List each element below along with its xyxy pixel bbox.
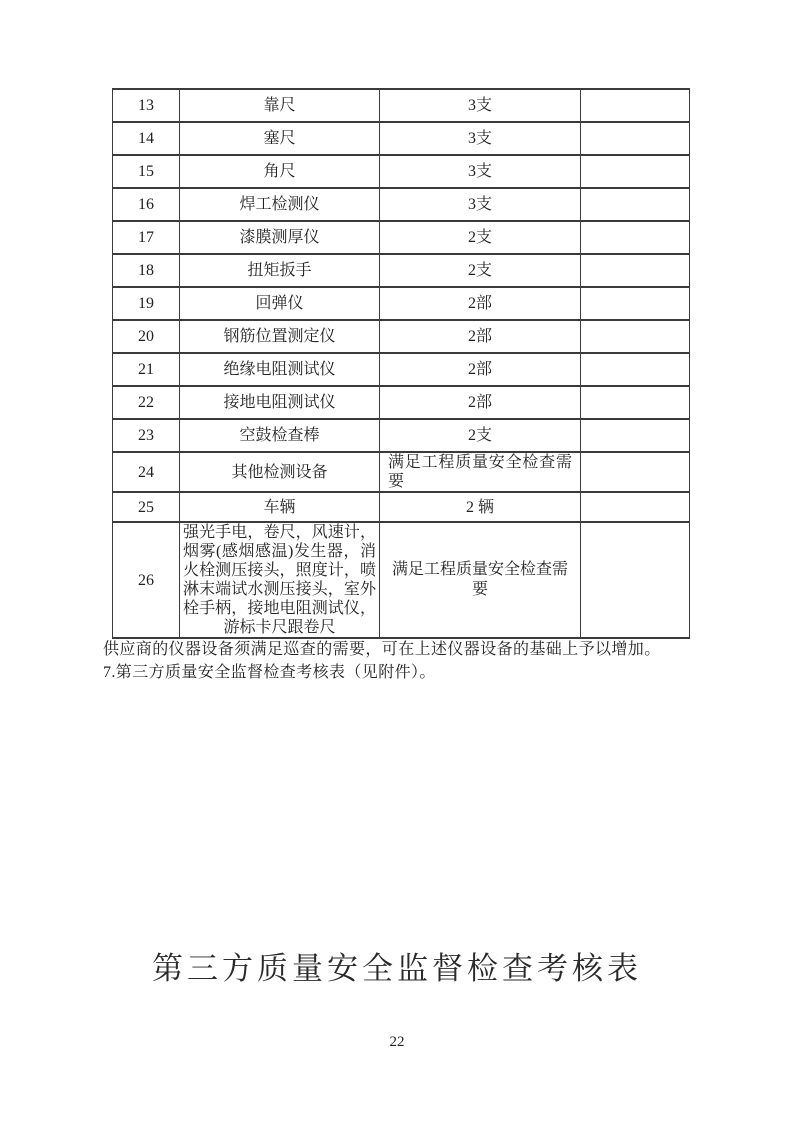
cell-quantity: 3支 bbox=[380, 122, 581, 155]
cell-remark bbox=[581, 522, 690, 638]
cell-quantity: 2部 bbox=[380, 353, 581, 386]
cell-remark bbox=[581, 122, 690, 155]
cell-row-no: 13 bbox=[113, 89, 180, 122]
page-number: 22 bbox=[0, 1034, 794, 1051]
table-row: 16焊工检测仪3支 bbox=[113, 188, 690, 221]
table-row: 26强光手电，卷尺，风速计，烟雾(感烟感温)发生器，消火栓测压接头，照度计，喷淋… bbox=[113, 522, 690, 638]
equipment-table-body: 13靠尺3支14塞尺3支15角尺3支16焊工检测仪3支17漆膜测厚仪2支18扭矩… bbox=[113, 89, 690, 638]
table-row: 24其他检测设备满足工程质量安全检查需要 bbox=[113, 452, 690, 492]
cell-row-no: 25 bbox=[113, 492, 180, 522]
cell-row-no: 15 bbox=[113, 155, 180, 188]
cell-item-name: 强光手电，卷尺，风速计，烟雾(感烟感温)发生器，消火栓测压接头，照度计，喷淋末端… bbox=[180, 522, 380, 638]
cell-remark bbox=[581, 492, 690, 522]
cell-quantity: 2支 bbox=[380, 254, 581, 287]
cell-row-no: 20 bbox=[113, 320, 180, 353]
cell-item-name: 塞尺 bbox=[180, 122, 380, 155]
cell-remark bbox=[581, 188, 690, 221]
cell-quantity: 2支 bbox=[380, 221, 581, 254]
cell-item-name: 车辆 bbox=[180, 492, 380, 522]
cell-item-name: 其他检测设备 bbox=[180, 452, 380, 492]
cell-item-name: 空鼓检查棒 bbox=[180, 419, 380, 452]
cell-item-name: 角尺 bbox=[180, 155, 380, 188]
cell-item-name: 漆膜测厚仪 bbox=[180, 221, 380, 254]
cell-row-no: 17 bbox=[113, 221, 180, 254]
cell-item-name: 绝缘电阻测试仪 bbox=[180, 353, 380, 386]
table-row: 15角尺3支 bbox=[113, 155, 690, 188]
note-supplier-requirement: 供应商的仪器设备须满足巡查的需要，可在上述仪器设备的基础上予以增加。 bbox=[103, 638, 703, 661]
document-page: 13靠尺3支14塞尺3支15角尺3支16焊工检测仪3支17漆膜测厚仪2支18扭矩… bbox=[0, 0, 794, 1123]
cell-quantity: 3支 bbox=[380, 89, 581, 122]
cell-row-no: 18 bbox=[113, 254, 180, 287]
cell-remark bbox=[581, 452, 690, 492]
cell-quantity: 2支 bbox=[380, 419, 581, 452]
cell-item-name: 回弹仪 bbox=[180, 287, 380, 320]
cell-row-no: 24 bbox=[113, 452, 180, 492]
cell-quantity: 2部 bbox=[380, 320, 581, 353]
cell-remark bbox=[581, 419, 690, 452]
table-row: 13靠尺3支 bbox=[113, 89, 690, 122]
equipment-table: 13靠尺3支14塞尺3支15角尺3支16焊工检测仪3支17漆膜测厚仪2支18扭矩… bbox=[112, 88, 690, 639]
cell-quantity: 2部 bbox=[380, 386, 581, 419]
cell-row-no: 19 bbox=[113, 287, 180, 320]
cell-remark bbox=[581, 386, 690, 419]
cell-row-no: 14 bbox=[113, 122, 180, 155]
table-row: 14塞尺3支 bbox=[113, 122, 690, 155]
cell-item-name: 接地电阻测试仪 bbox=[180, 386, 380, 419]
cell-remark bbox=[581, 353, 690, 386]
cell-quantity: 满足工程质量安全检查需要 bbox=[380, 452, 581, 492]
note-item-7: 7.第三方质量安全监督检查考核表（见附件）。 bbox=[103, 661, 703, 684]
cell-quantity: 3支 bbox=[380, 188, 581, 221]
cell-quantity: 3支 bbox=[380, 155, 581, 188]
table-row: 22接地电阻测试仪2部 bbox=[113, 386, 690, 419]
cell-item-name: 靠尺 bbox=[180, 89, 380, 122]
table-row: 20钢筋位置测定仪2部 bbox=[113, 320, 690, 353]
cell-row-no: 23 bbox=[113, 419, 180, 452]
cell-remark bbox=[581, 320, 690, 353]
cell-item-name: 扭矩扳手 bbox=[180, 254, 380, 287]
cell-item-name: 焊工检测仪 bbox=[180, 188, 380, 221]
table-row: 25车辆2 辆 bbox=[113, 492, 690, 522]
table-row: 17漆膜测厚仪2支 bbox=[113, 221, 690, 254]
cell-remark bbox=[581, 89, 690, 122]
cell-remark bbox=[581, 221, 690, 254]
cell-row-no: 21 bbox=[113, 353, 180, 386]
table-row: 21绝缘电阻测试仪2部 bbox=[113, 353, 690, 386]
table-row: 19回弹仪2部 bbox=[113, 287, 690, 320]
cell-quantity: 2 辆 bbox=[380, 492, 581, 522]
cell-item-name: 钢筋位置测定仪 bbox=[180, 320, 380, 353]
cell-row-no: 26 bbox=[113, 522, 180, 638]
cell-quantity: 满足工程质量安全检查需要 bbox=[380, 522, 581, 638]
table-row: 23空鼓检查棒2支 bbox=[113, 419, 690, 452]
attachment-title: 第三方质量安全监督检查考核表 bbox=[0, 948, 794, 990]
cell-quantity: 2部 bbox=[380, 287, 581, 320]
cell-remark bbox=[581, 155, 690, 188]
cell-remark bbox=[581, 254, 690, 287]
notes-block: 供应商的仪器设备须满足巡查的需要，可在上述仪器设备的基础上予以增加。 7.第三方… bbox=[103, 638, 703, 684]
cell-row-no: 22 bbox=[113, 386, 180, 419]
table-row: 18扭矩扳手2支 bbox=[113, 254, 690, 287]
cell-row-no: 16 bbox=[113, 188, 180, 221]
cell-remark bbox=[581, 287, 690, 320]
